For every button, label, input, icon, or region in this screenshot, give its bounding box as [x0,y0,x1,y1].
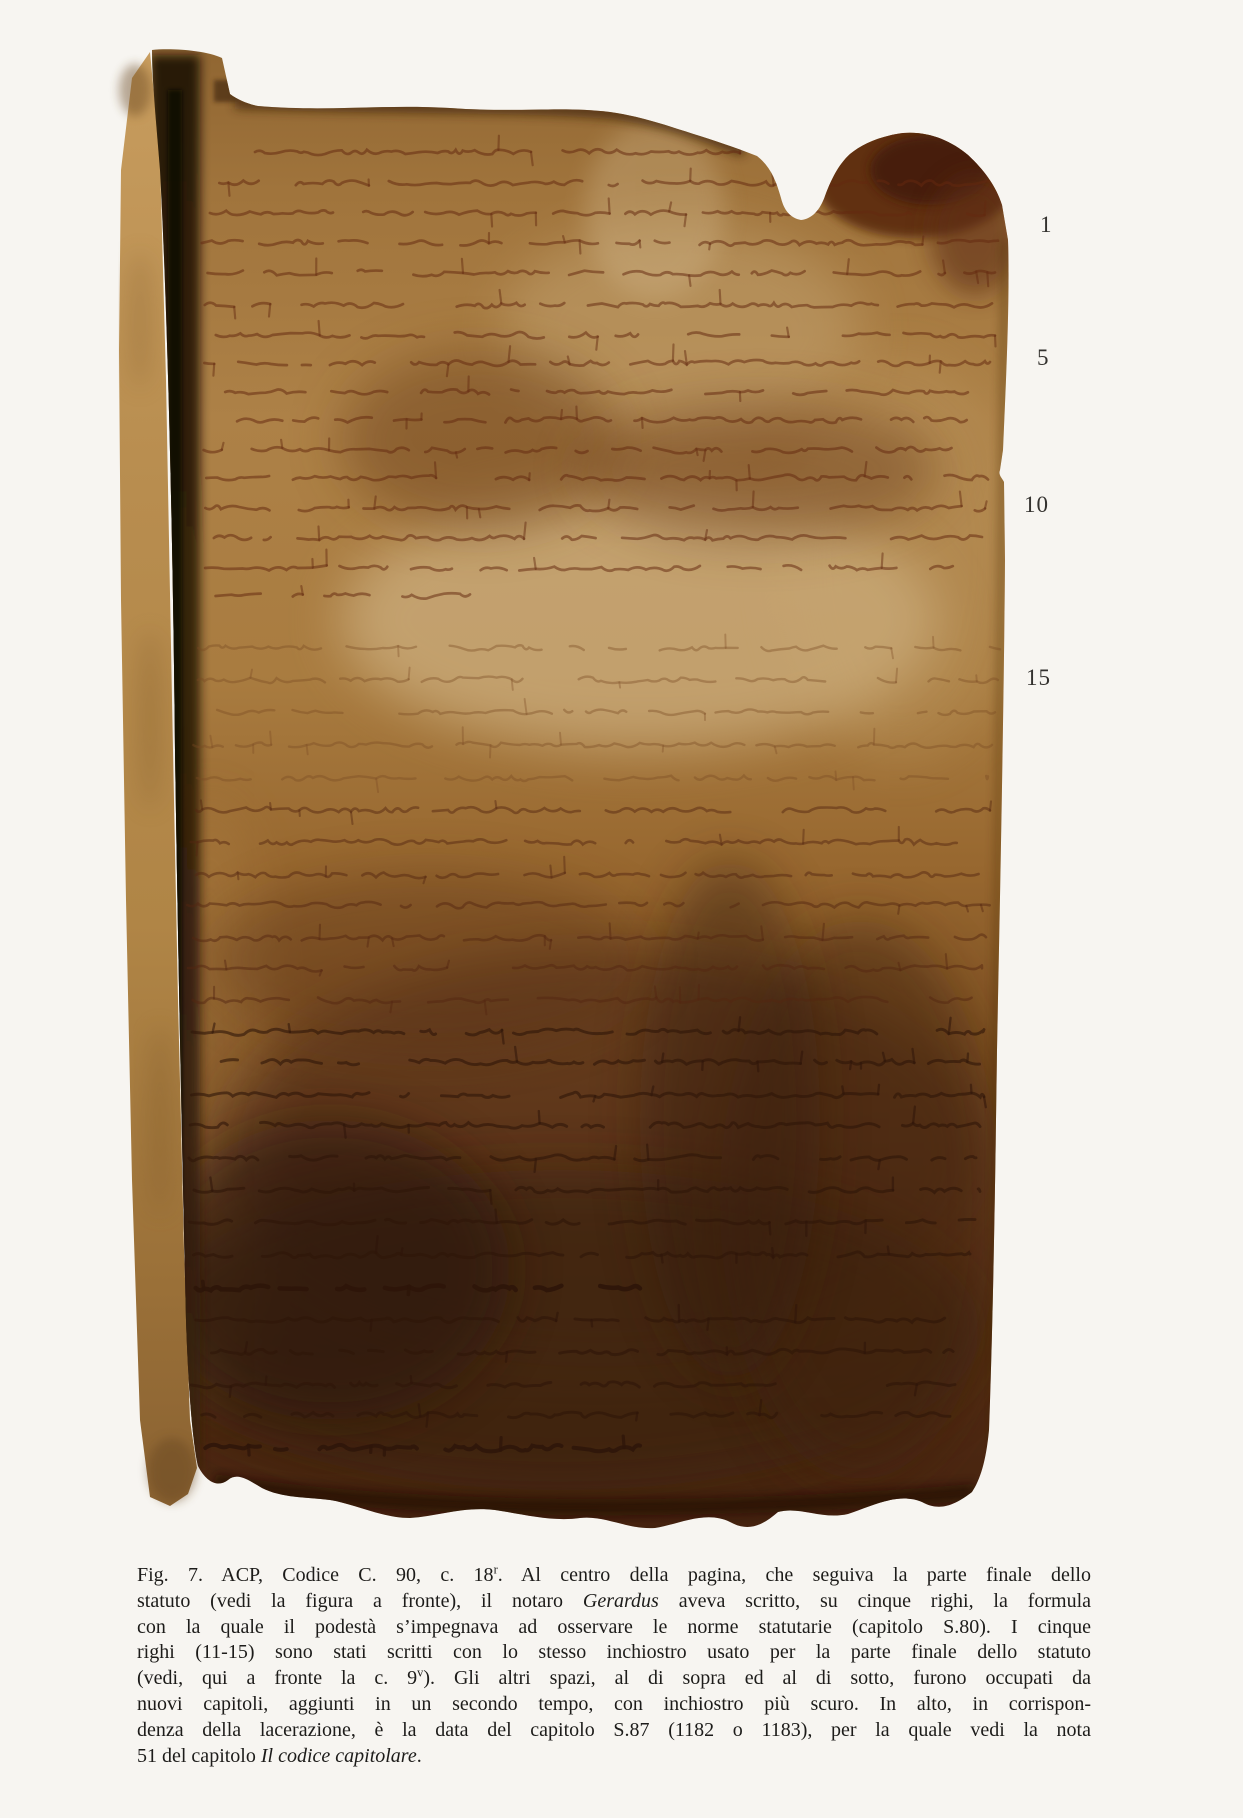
caption-text: righi (11-15) sono stati scritti con lo … [137,1641,1091,1663]
tab-notch [214,80,240,102]
caption-text: ). Gli altri spazi, al di sopra ed al di… [423,1667,1091,1689]
manuscript-photo-svg [0,0,1243,1560]
caption-text: Il codice capitolare [261,1745,417,1767]
line-number-10: 10 [1024,493,1049,516]
caption-text: denza della lacerazione, è la data del c… [137,1719,1091,1741]
caption-line: nuovi capitoli, aggiunti in un secondo t… [137,1692,1091,1718]
caption-text: 51 del capitolo [137,1745,261,1767]
line-number-15: 15 [1026,666,1051,689]
caption-text: aveva scritto, su cinque righi, la formu… [659,1590,1091,1612]
caption-text: statuto (vedi la figura a fronte), il no… [137,1590,583,1612]
caption-line: (vedi, qui a fronte la c. 9v). Gli altri… [137,1666,1091,1692]
caption-text: Fig. 7. ACP, Codice C. 90, c. 18 [137,1564,494,1586]
caption-line: con la quale il podestà s’impegnava ad o… [137,1615,1091,1641]
manuscript-photo [0,0,1243,1560]
caption-text: Gerardus [583,1590,659,1612]
caption-line: denza della lacerazione, è la data del c… [137,1718,1091,1744]
parchment [110,40,1020,1550]
line-number-1: 1 [1040,213,1053,236]
caption-text: con la quale il podestà s’impegnava ad o… [137,1616,1091,1638]
figure-caption: Fig. 7. ACP, Codice C. 90, c. 18r. Al ce… [137,1563,1091,1769]
caption-text: . Al centro della pagina, che seguiva la… [498,1564,1091,1586]
caption-line: 51 del capitolo Il codice capitolare. [137,1744,1091,1770]
caption-line: Fig. 7. ACP, Codice C. 90, c. 18r. Al ce… [137,1563,1091,1589]
line-number-5: 5 [1037,346,1050,369]
caption-text: nuovi capitoli, aggiunti in un secondo t… [137,1693,1091,1715]
caption-line: righi (11-15) sono stati scritti con lo … [137,1640,1091,1666]
book-page: 1 5 10 15 Fig. 7. ACP, Codice C. 90, c. … [0,0,1243,1818]
caption-text: . [417,1745,422,1767]
caption-text: (vedi, qui a fronte la c. 9 [137,1667,417,1689]
caption-line: statuto (vedi la figura a fronte), il no… [137,1589,1091,1615]
